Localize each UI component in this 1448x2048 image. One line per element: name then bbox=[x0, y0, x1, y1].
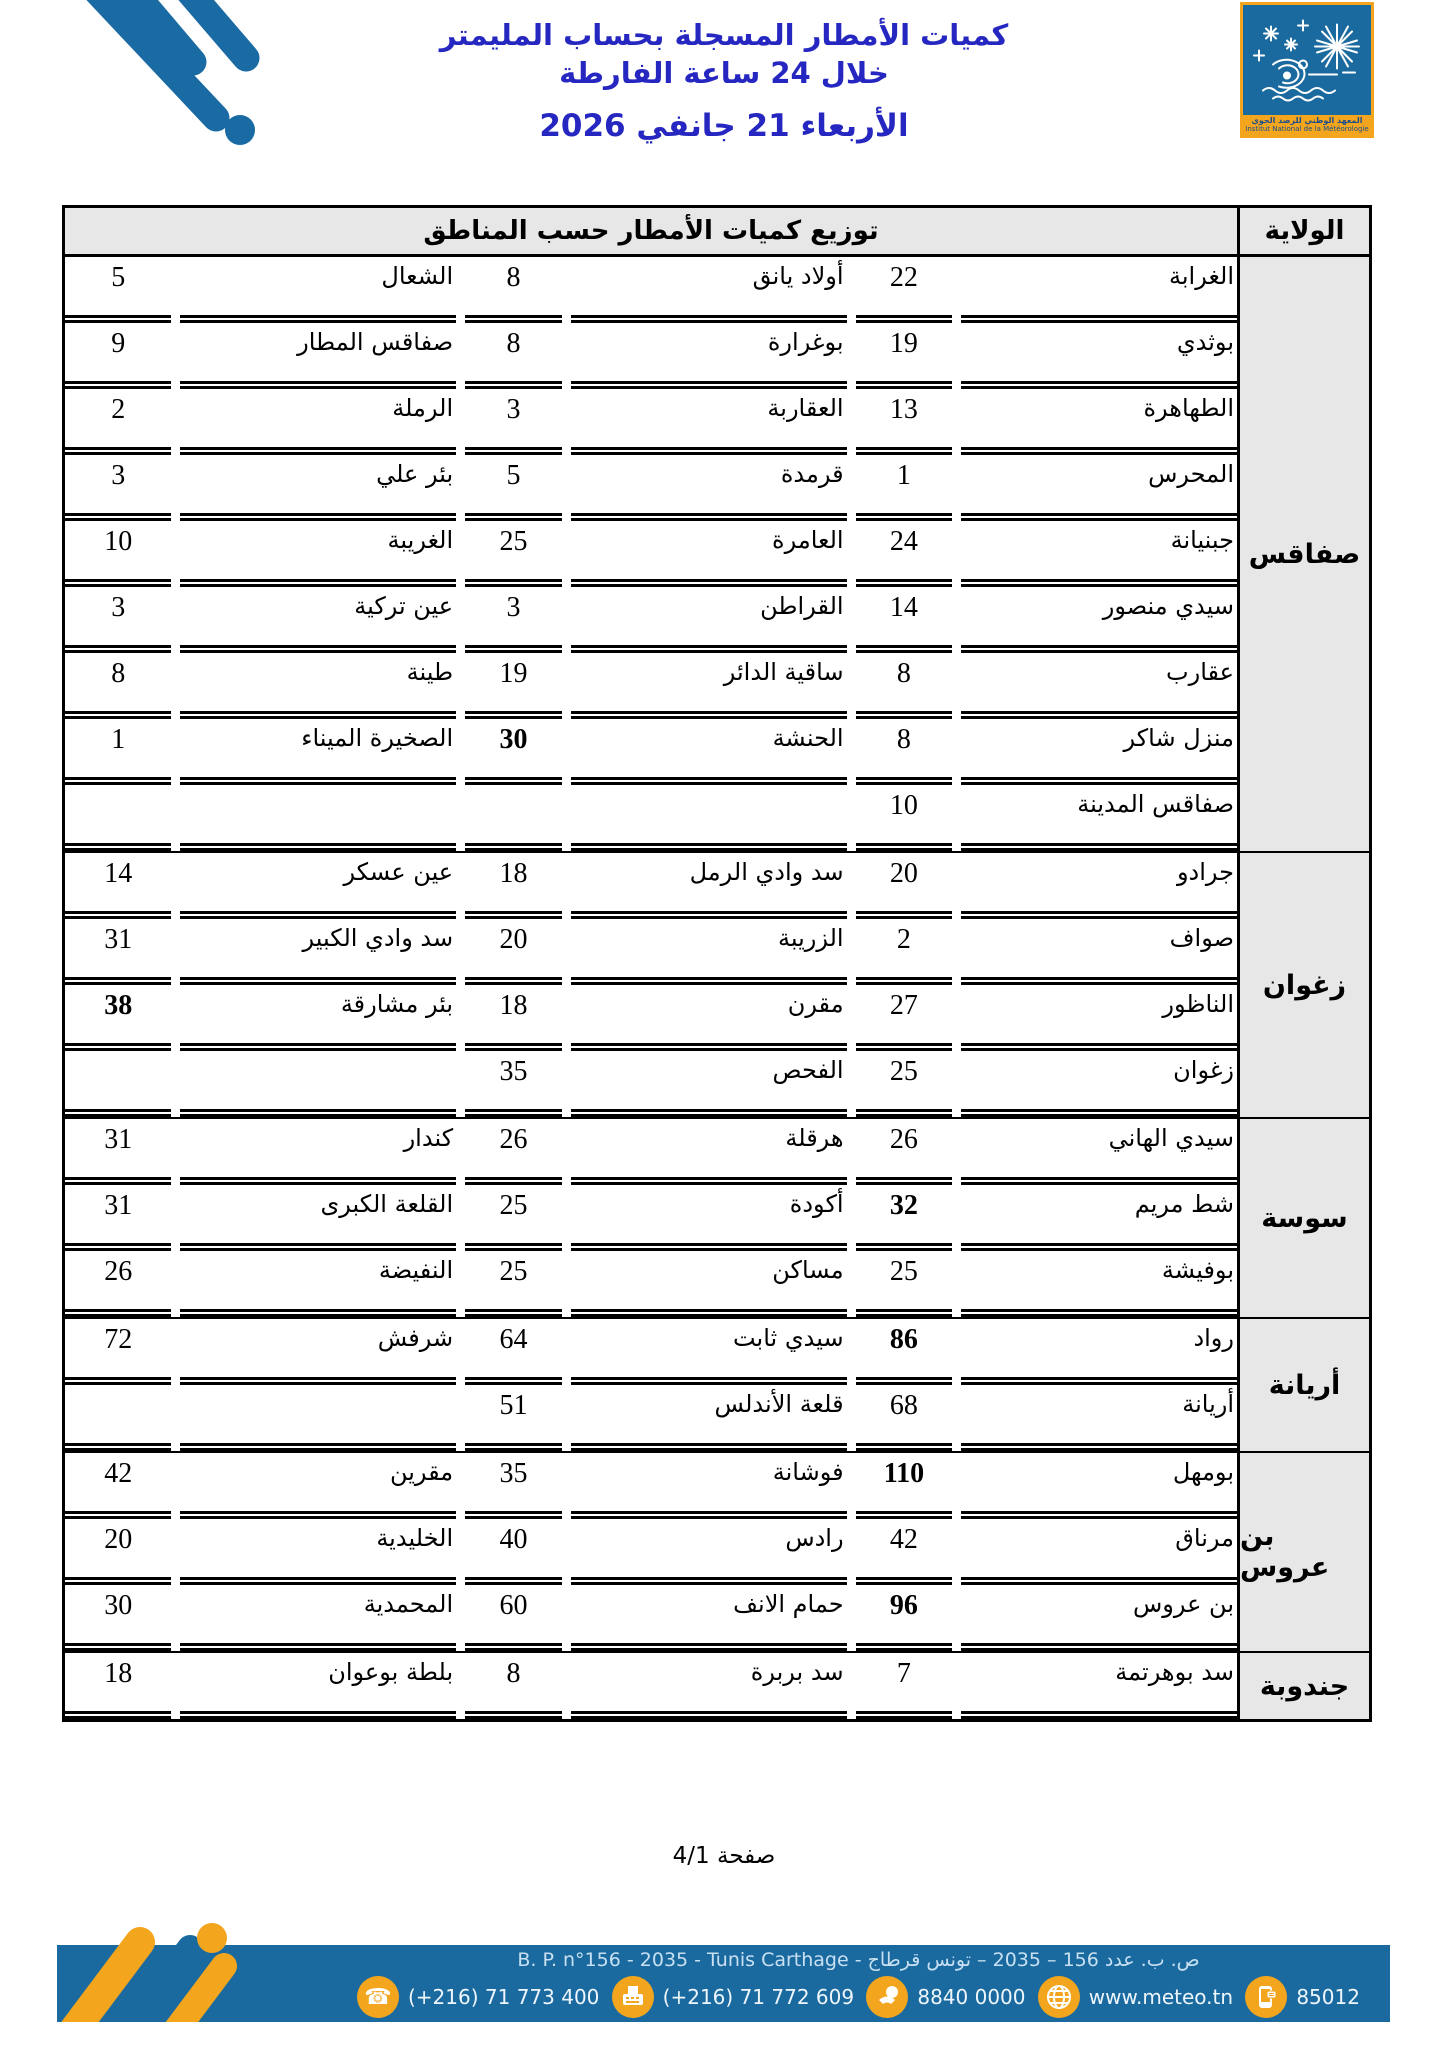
station-name-cell: العقاربة bbox=[571, 389, 847, 455]
station-name-cell: سد وادي الكبير bbox=[180, 919, 456, 985]
station-name-cell: الناظور bbox=[961, 985, 1237, 1051]
footer-contact-item: 8840 0000 bbox=[866, 1976, 1025, 2018]
rain-value-cell: 8 bbox=[856, 653, 953, 719]
station-name-cell: حمام الانف bbox=[571, 1585, 847, 1651]
inm-emblem-art bbox=[1243, 5, 1371, 115]
rain-value-cell: 20 bbox=[465, 919, 562, 985]
rain-value-cell: 8 bbox=[465, 1653, 562, 1719]
station-name-cell: الخليدية bbox=[180, 1519, 456, 1585]
footer-contact-item: 85012 bbox=[1245, 1976, 1360, 2018]
station-name-cell: بلطة بوعوان bbox=[180, 1653, 456, 1719]
governorate-label-text: زغوان bbox=[1263, 970, 1346, 1001]
station-name-cell: الطهاهرة bbox=[961, 389, 1237, 455]
footer-address: B. P. n°156 - 2035 - Tunis Carthage - ص.… bbox=[357, 1949, 1360, 1971]
rain-value-cell: 26 bbox=[856, 1119, 953, 1185]
rain-value-cell: 42 bbox=[856, 1519, 953, 1585]
governorate-header-cell: الولاية bbox=[1237, 208, 1369, 254]
rain-value-cell: 18 bbox=[65, 1653, 171, 1719]
inm-caption-arabic: المعهد الوطني للرصد الجوي bbox=[1243, 116, 1371, 125]
rain-value-cell: 2 bbox=[65, 389, 171, 455]
station-name-cell: عقارب bbox=[961, 653, 1237, 719]
report-header: كميات الأمطار المسجلة بحساب المليمتر خلا… bbox=[0, 16, 1448, 144]
station-name-cell: الرملة bbox=[180, 389, 456, 455]
station-name-cell: مرناق bbox=[961, 1519, 1237, 1585]
table-row: منزل شاكر8الحنشة30الصخيرة الميناء1 bbox=[65, 719, 1237, 785]
governorate-section: سيدي الهاني26هرقلة26كندار31شط مريم32أكود… bbox=[65, 1117, 1369, 1317]
rain-value-cell: 14 bbox=[856, 587, 953, 653]
governorate-label: بن عروس bbox=[1237, 1453, 1369, 1651]
station-name-cell: مقرن bbox=[571, 985, 847, 1051]
rain-value-cell: 26 bbox=[65, 1251, 171, 1317]
governorate-label-text: صفاقس bbox=[1249, 539, 1361, 570]
rain-value-cell: 1 bbox=[65, 719, 171, 785]
globe-icon bbox=[1038, 1976, 1080, 2018]
footer-contact-value: 85012 bbox=[1296, 1985, 1360, 2009]
rain-value-cell: 19 bbox=[856, 323, 953, 389]
report-date: الأربعاء 21 جانفي 2026 bbox=[0, 108, 1448, 144]
station-name-cell: صفاقس المدينة bbox=[961, 785, 1237, 851]
governorate-label: صفاقس bbox=[1237, 257, 1369, 851]
station-name-cell: رواد bbox=[961, 1319, 1237, 1385]
station-name-cell: بومهل bbox=[961, 1453, 1237, 1519]
station-name-cell: أكودة bbox=[571, 1185, 847, 1251]
rain-value-cell: 35 bbox=[465, 1453, 562, 1519]
station-name-cell bbox=[180, 1385, 456, 1451]
rain-value-cell: 25 bbox=[856, 1251, 953, 1317]
station-name-cell: أولاد يانق bbox=[571, 257, 847, 323]
table-header-row: توزيع كميات الأمطار حسب المناطق الولاية bbox=[65, 208, 1369, 257]
rain-value-cell: 22 bbox=[856, 257, 953, 323]
station-name-cell: الحنشة bbox=[571, 719, 847, 785]
governorate-section: رواد86سيدي ثابت64شرفش72أريانة68قلعة الأن… bbox=[65, 1317, 1369, 1451]
station-name-cell bbox=[571, 785, 847, 851]
rain-value-cell: 5 bbox=[65, 257, 171, 323]
station-name-cell: قرمدة bbox=[571, 455, 847, 521]
swirl-emblem bbox=[1273, 60, 1307, 88]
rain-value-cell: 31 bbox=[65, 1185, 171, 1251]
station-name-cell: الزريبة bbox=[571, 919, 847, 985]
regions-header-cell: توزيع كميات الأمطار حسب المناطق bbox=[65, 208, 1237, 254]
governorate-label-text: سوسة bbox=[1261, 1203, 1347, 1234]
rain-value-cell: 25 bbox=[856, 1051, 953, 1117]
governorate-label: سوسة bbox=[1237, 1119, 1369, 1317]
rain-value-cell: 30 bbox=[65, 1585, 171, 1651]
rain-value-cell: 25 bbox=[465, 1185, 562, 1251]
footer-contact-item: www.meteo.tn bbox=[1038, 1976, 1233, 2018]
rain-value-cell: 20 bbox=[856, 853, 953, 919]
station-name-cell: قلعة الأندلس bbox=[571, 1385, 847, 1451]
governorate-label-text: جندوبة bbox=[1260, 1671, 1349, 1702]
station-name-cell: سد بربرة bbox=[571, 1653, 847, 1719]
footer-address-arabic: ص. ب. عدد 156 – 2035 – تونس قرطاج bbox=[868, 1949, 1200, 1971]
section-rows: بومهل110فوشانة35مقرين42مرناق42رادس40الخل… bbox=[65, 1453, 1237, 1651]
section-rows: جرادو20سد وادي الرمل18عين عسكر14صواف2الز… bbox=[65, 853, 1237, 1117]
rain-value-cell: 8 bbox=[465, 257, 562, 323]
station-name-cell: المحرس bbox=[961, 455, 1237, 521]
fax-icon bbox=[612, 1976, 654, 2018]
station-name-cell: طينة bbox=[180, 653, 456, 719]
station-name-cell: سد بوهرتمة bbox=[961, 1653, 1237, 1719]
station-name-cell: بوغرارة bbox=[571, 323, 847, 389]
rain-value-cell bbox=[65, 1385, 171, 1451]
rain-value-cell: 38 bbox=[65, 985, 171, 1051]
station-name-cell: صواف bbox=[961, 919, 1237, 985]
rain-value-cell: 51 bbox=[465, 1385, 562, 1451]
station-name-cell: الغريبة bbox=[180, 521, 456, 587]
rain-value-cell: 5 bbox=[465, 455, 562, 521]
table-row: سيدي الهاني26هرقلة26كندار31 bbox=[65, 1119, 1237, 1185]
inm-caption-french: Institut National de la Météorologie bbox=[1243, 125, 1371, 133]
rain-value-cell: 25 bbox=[465, 521, 562, 587]
station-name-cell: الصخيرة الميناء bbox=[180, 719, 456, 785]
table-row: جرادو20سد وادي الرمل18عين عسكر14 bbox=[65, 853, 1237, 919]
rain-value-cell: 24 bbox=[856, 521, 953, 587]
station-name-cell: بئر مشارقة bbox=[180, 985, 456, 1051]
station-name-cell: عين عسكر bbox=[180, 853, 456, 919]
rain-value-cell: 31 bbox=[65, 1119, 171, 1185]
rain-value-cell: 9 bbox=[65, 323, 171, 389]
table-row: بوثدي19بوغرارة8صفاقس المطار9 bbox=[65, 323, 1237, 389]
station-name-cell: الغرابة bbox=[961, 257, 1237, 323]
rain-value-cell: 2 bbox=[856, 919, 953, 985]
rain-value-cell: 20 bbox=[65, 1519, 171, 1585]
rain-value-cell: 25 bbox=[465, 1251, 562, 1317]
rain-value-cell: 26 bbox=[465, 1119, 562, 1185]
station-name-cell: سد وادي الرمل bbox=[571, 853, 847, 919]
page-number: صفحة 4/1 bbox=[0, 1843, 1448, 1869]
rain-value-cell: 40 bbox=[465, 1519, 562, 1585]
station-name-cell: سيدي منصور bbox=[961, 587, 1237, 653]
report-title-line2: خلال 24 ساعة الفارطة bbox=[0, 54, 1448, 92]
governorate-section: بومهل110فوشانة35مقرين42مرناق42رادس40الخل… bbox=[65, 1451, 1369, 1651]
rain-value-cell: 35 bbox=[465, 1051, 562, 1117]
phone-icon: ☎ bbox=[357, 1976, 399, 2018]
footer-contact-value: (+216) 71 772 609 bbox=[663, 1985, 854, 2009]
sparkle-stars bbox=[1254, 21, 1308, 61]
station-name-cell: رادس bbox=[571, 1519, 847, 1585]
rain-value-cell bbox=[465, 785, 562, 851]
station-name-cell bbox=[180, 785, 456, 851]
table-row: صفاقس المدينة10 bbox=[65, 785, 1237, 851]
governorate-section: الغرابة22أولاد يانق8الشعال5بوثدي19بوغرار… bbox=[65, 257, 1369, 851]
station-name-cell: مساكن bbox=[571, 1251, 847, 1317]
sms-icon bbox=[1245, 1976, 1287, 2018]
table-body: الغرابة22أولاد يانق8الشعال5بوثدي19بوغرار… bbox=[65, 257, 1369, 1719]
governorate-label-text: بن عروس bbox=[1240, 1521, 1369, 1583]
station-name-cell: الفحص bbox=[571, 1051, 847, 1117]
table-row: بن عروس96حمام الانف60المحمدية30 bbox=[65, 1585, 1237, 1651]
rain-value-cell: 13 bbox=[856, 389, 953, 455]
footer-contacts: ☎(+216) 71 773 400(+216) 71 772 6098840 … bbox=[357, 1976, 1360, 2018]
station-name-cell: صفاقس المطار bbox=[180, 323, 456, 389]
table-row: مرناق42رادس40الخليدية20 bbox=[65, 1519, 1237, 1585]
station-name-cell: منزل شاكر bbox=[961, 719, 1237, 785]
station-name-cell: عين تركية bbox=[180, 587, 456, 653]
table-row: الغرابة22أولاد يانق8الشعال5 bbox=[65, 257, 1237, 323]
rain-value-cell bbox=[65, 1051, 171, 1117]
station-name-cell: بئر علي bbox=[180, 455, 456, 521]
footer-stripes-decoration bbox=[52, 1918, 342, 2022]
footer-contact-value: (+216) 71 773 400 bbox=[408, 1985, 599, 2009]
table-row: زغوان25الفحص35 bbox=[65, 1051, 1237, 1117]
section-rows: الغرابة22أولاد يانق8الشعال5بوثدي19بوغرار… bbox=[65, 257, 1237, 851]
table-row: الناظور27مقرن18بئر مشارقة38 bbox=[65, 985, 1237, 1051]
governorate-label: جندوبة bbox=[1237, 1653, 1369, 1719]
rain-value-cell: 31 bbox=[65, 919, 171, 985]
table-row: الطهاهرة13العقاربة3الرملة2 bbox=[65, 389, 1237, 455]
rain-value-cell: 42 bbox=[65, 1453, 171, 1519]
governorate-label: زغوان bbox=[1237, 853, 1369, 1117]
section-rows: رواد86سيدي ثابت64شرفش72أريانة68قلعة الأن… bbox=[65, 1319, 1237, 1451]
station-name-cell: فوشانة bbox=[571, 1453, 847, 1519]
rain-value-cell: 86 bbox=[856, 1319, 953, 1385]
station-name-cell: القلعة الكبرى bbox=[180, 1185, 456, 1251]
station-name-cell: ساقية الدائر bbox=[571, 653, 847, 719]
rain-value-cell: 3 bbox=[65, 587, 171, 653]
table-row: جبنيانة24العامرة25الغريبة10 bbox=[65, 521, 1237, 587]
footer-contact-item: (+216) 71 772 609 bbox=[612, 1976, 854, 2018]
rain-value-cell: 8 bbox=[465, 323, 562, 389]
station-name-cell: سيدي ثابت bbox=[571, 1319, 847, 1385]
footer-contact-value: www.meteo.tn bbox=[1089, 1985, 1233, 2009]
waves bbox=[1263, 73, 1355, 101]
rain-value-cell: 68 bbox=[856, 1385, 953, 1451]
rain-value-cell: 18 bbox=[465, 853, 562, 919]
station-name-cell: جبنيانة bbox=[961, 521, 1237, 587]
rain-value-cell: 60 bbox=[465, 1585, 562, 1651]
rain-value-cell: 10 bbox=[65, 521, 171, 587]
station-name-cell: جرادو bbox=[961, 853, 1237, 919]
rain-value-cell: 19 bbox=[465, 653, 562, 719]
rain-value-cell: 3 bbox=[465, 587, 562, 653]
footer-contact-item: ☎(+216) 71 773 400 bbox=[357, 1976, 599, 2018]
governorate-section: سد بوهرتمة7سد بربرة8بلطة بوعوان18جندوبة bbox=[65, 1651, 1369, 1719]
table-row: سد بوهرتمة7سد بربرة8بلطة بوعوان18 bbox=[65, 1653, 1237, 1719]
station-name-cell: شط مريم bbox=[961, 1185, 1237, 1251]
table-row: المحرس1قرمدة5بئر علي3 bbox=[65, 455, 1237, 521]
section-rows: سد بوهرتمة7سد بربرة8بلطة بوعوان18 bbox=[65, 1653, 1237, 1719]
callcenter-icon bbox=[866, 1976, 908, 2018]
governorate-section: جرادو20سد وادي الرمل18عين عسكر14صواف2الز… bbox=[65, 851, 1369, 1117]
document-page: { "page": { "title_line1": "كميات الأمطا… bbox=[0, 0, 1448, 2048]
table-row: بومهل110فوشانة35مقرين42 bbox=[65, 1453, 1237, 1519]
station-name-cell bbox=[180, 1051, 456, 1117]
station-name-cell: زغوان bbox=[961, 1051, 1237, 1117]
rain-value-cell: 96 bbox=[856, 1585, 953, 1651]
table-row: بوفيشة25مساكن25النفيضة26 bbox=[65, 1251, 1237, 1317]
footer-contact-value: 8840 0000 bbox=[917, 1985, 1025, 2009]
station-name-cell: بوثدي bbox=[961, 323, 1237, 389]
rain-value-cell: 8 bbox=[65, 653, 171, 719]
rain-value-cell: 10 bbox=[856, 785, 953, 851]
sun-burst bbox=[1315, 25, 1359, 69]
footer-address-latin: B. P. n°156 - 2035 - Tunis Carthage - bbox=[517, 1949, 861, 1971]
table-row: أريانة68قلعة الأندلس51 bbox=[65, 1385, 1237, 1451]
rain-value-cell: 1 bbox=[856, 455, 953, 521]
station-name-cell: القراطن bbox=[571, 587, 847, 653]
table-row: عقارب8ساقية الدائر19طينة8 bbox=[65, 653, 1237, 719]
inm-logo: المعهد الوطني للرصد الجوي Institut Natio… bbox=[1240, 2, 1374, 138]
station-name-cell: النفيضة bbox=[180, 1251, 456, 1317]
rain-value-cell: 7 bbox=[856, 1653, 953, 1719]
station-name-cell: شرفش bbox=[180, 1319, 456, 1385]
rain-value-cell: 3 bbox=[465, 389, 562, 455]
station-name-cell: مقرين bbox=[180, 1453, 456, 1519]
station-name-cell: بن عروس bbox=[961, 1585, 1237, 1651]
rain-value-cell: 72 bbox=[65, 1319, 171, 1385]
governorate-label-text: أريانة bbox=[1269, 1370, 1341, 1401]
station-name-cell: هرقلة bbox=[571, 1119, 847, 1185]
station-name-cell: كندار bbox=[180, 1119, 456, 1185]
station-name-cell: الشعال bbox=[180, 257, 456, 323]
table-row: شط مريم32أكودة25القلعة الكبرى31 bbox=[65, 1185, 1237, 1251]
station-name-cell: بوفيشة bbox=[961, 1251, 1237, 1317]
rain-value-cell: 64 bbox=[465, 1319, 562, 1385]
report-title-line1: كميات الأمطار المسجلة بحساب المليمتر bbox=[0, 16, 1448, 54]
station-name-cell: أريانة bbox=[961, 1385, 1237, 1451]
rain-value-cell: 32 bbox=[856, 1185, 953, 1251]
rain-value-cell: 14 bbox=[65, 853, 171, 919]
table-row: سيدي منصور14القراطن3عين تركية3 bbox=[65, 587, 1237, 653]
table-row: صواف2الزريبة20سد وادي الكبير31 bbox=[65, 919, 1237, 985]
rain-value-cell bbox=[65, 785, 171, 851]
rain-value-cell: 18 bbox=[465, 985, 562, 1051]
station-name-cell: المحمدية bbox=[180, 1585, 456, 1651]
section-rows: سيدي الهاني26هرقلة26كندار31شط مريم32أكود… bbox=[65, 1119, 1237, 1317]
governorate-label: أريانة bbox=[1237, 1319, 1369, 1451]
rain-value-cell: 8 bbox=[856, 719, 953, 785]
rain-value-cell: 30 bbox=[465, 719, 562, 785]
rain-value-cell: 27 bbox=[856, 985, 953, 1051]
rainfall-table: توزيع كميات الأمطار حسب المناطق الولاية … bbox=[62, 205, 1372, 1722]
table-row: رواد86سيدي ثابت64شرفش72 bbox=[65, 1319, 1237, 1385]
rain-value-cell: 3 bbox=[65, 455, 171, 521]
station-name-cell: سيدي الهاني bbox=[961, 1119, 1237, 1185]
station-name-cell: العامرة bbox=[571, 521, 847, 587]
inm-caption-band: المعهد الوطني للرصد الجوي Institut Natio… bbox=[1243, 115, 1371, 135]
rain-value-cell: 110 bbox=[856, 1453, 953, 1519]
